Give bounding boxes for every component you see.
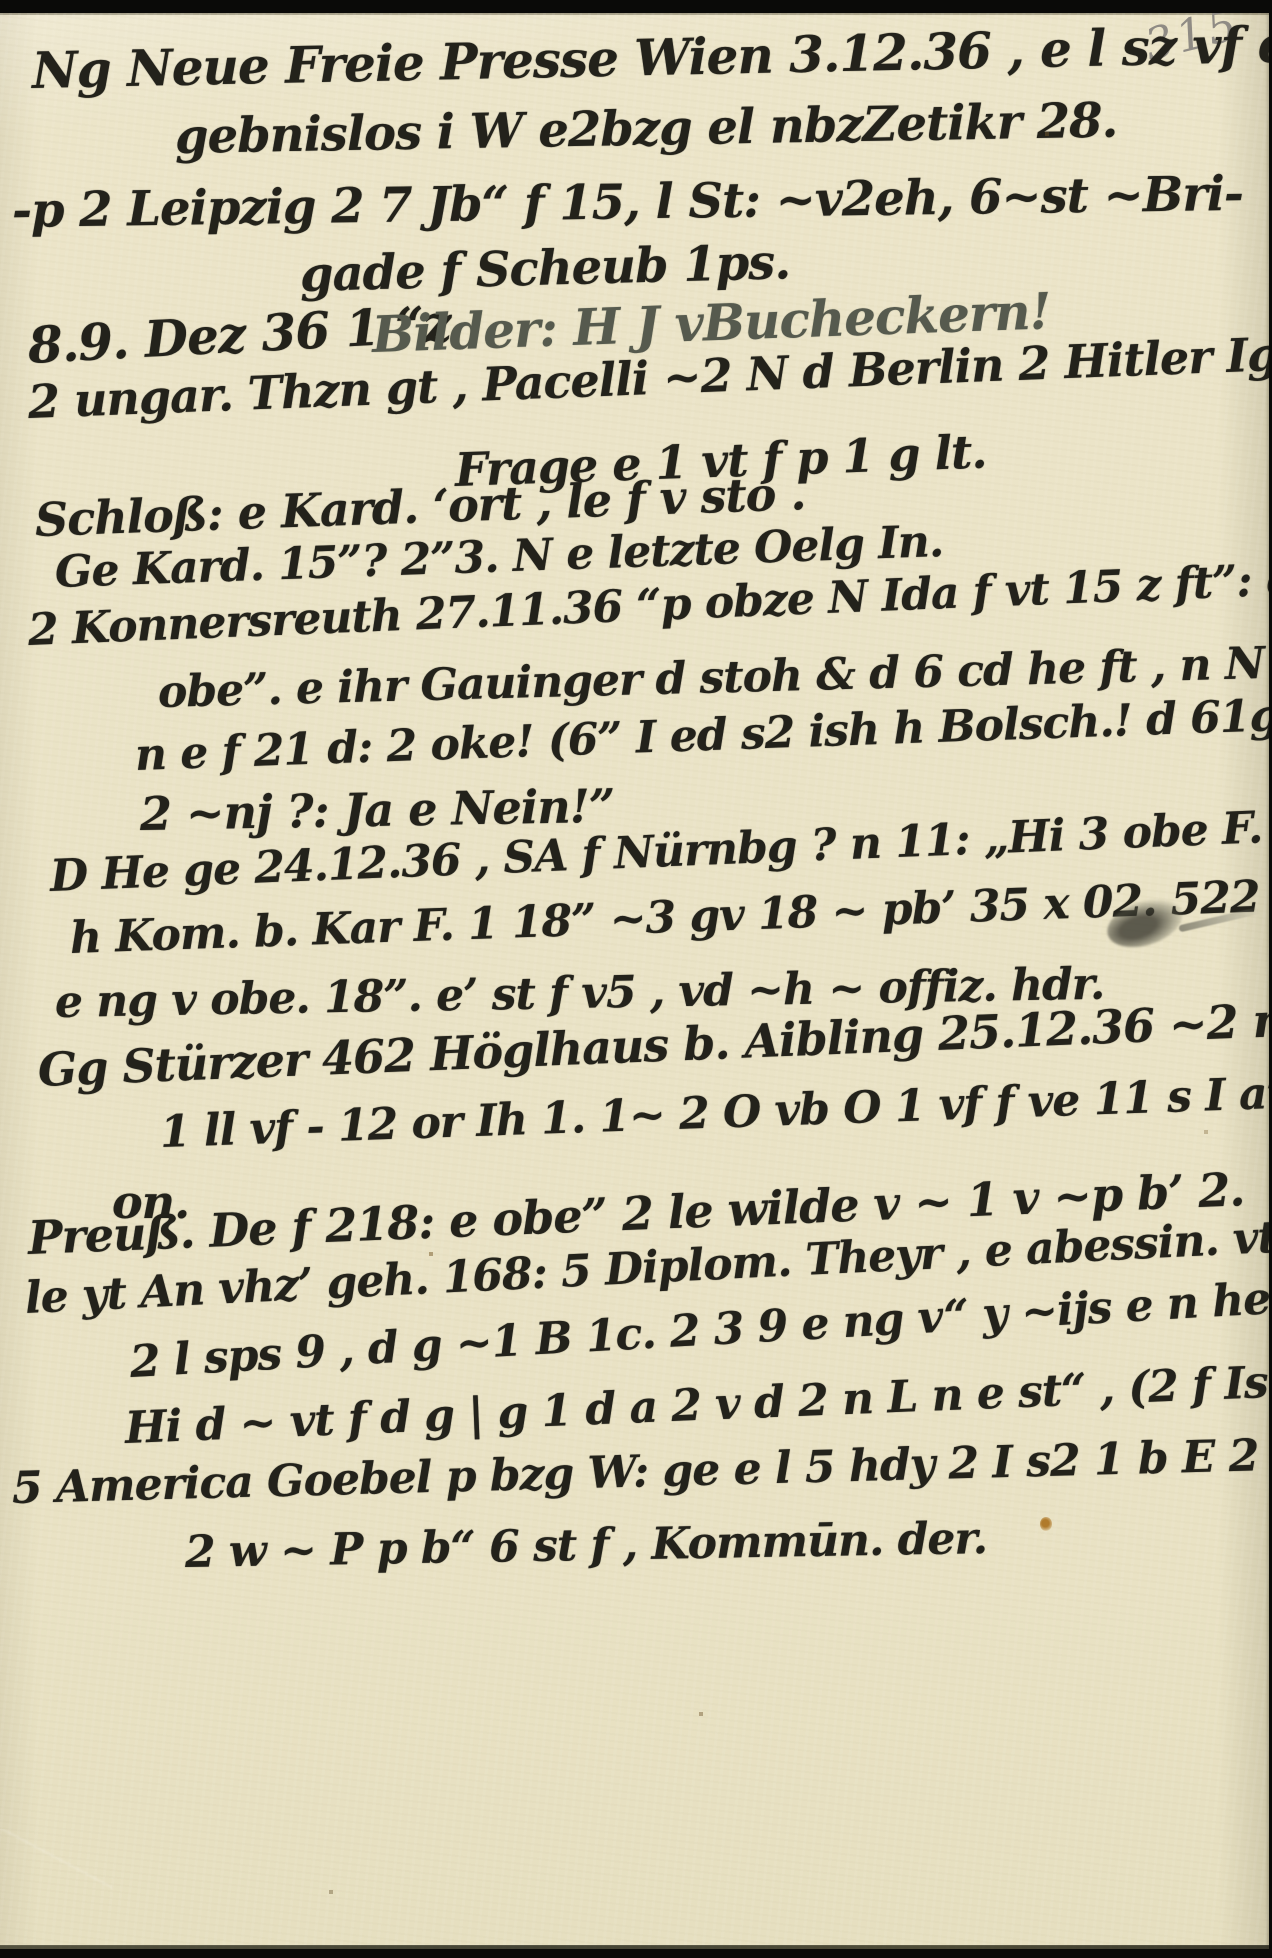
scanned-notebook-scan: { "page": { "description": "Scanned page… [0,0,1272,1958]
notebook-page: 315 Ng Neue Freie Presse Wien 3.12.36 , … [0,13,1269,1949]
fox-spot-stain [1040,1517,1052,1531]
handwritten-line: -p 2 Leipzig 2 7 Jb“ f 15, l St: ~v2eh, … [12,166,1244,239]
paper-specks [0,13,2,15]
paper-crease [0,1829,112,1919]
handwritten-line: gebnislos i W e2bzg el nbzZetikr 28. [175,93,1118,165]
handwritten-line: Ng Neue Freie Presse Wien 3.12.36 , e l … [31,14,1269,100]
handwritten-line: 2 w ~ P p b“ 6 st f , Kommūn. der. [185,1513,988,1578]
